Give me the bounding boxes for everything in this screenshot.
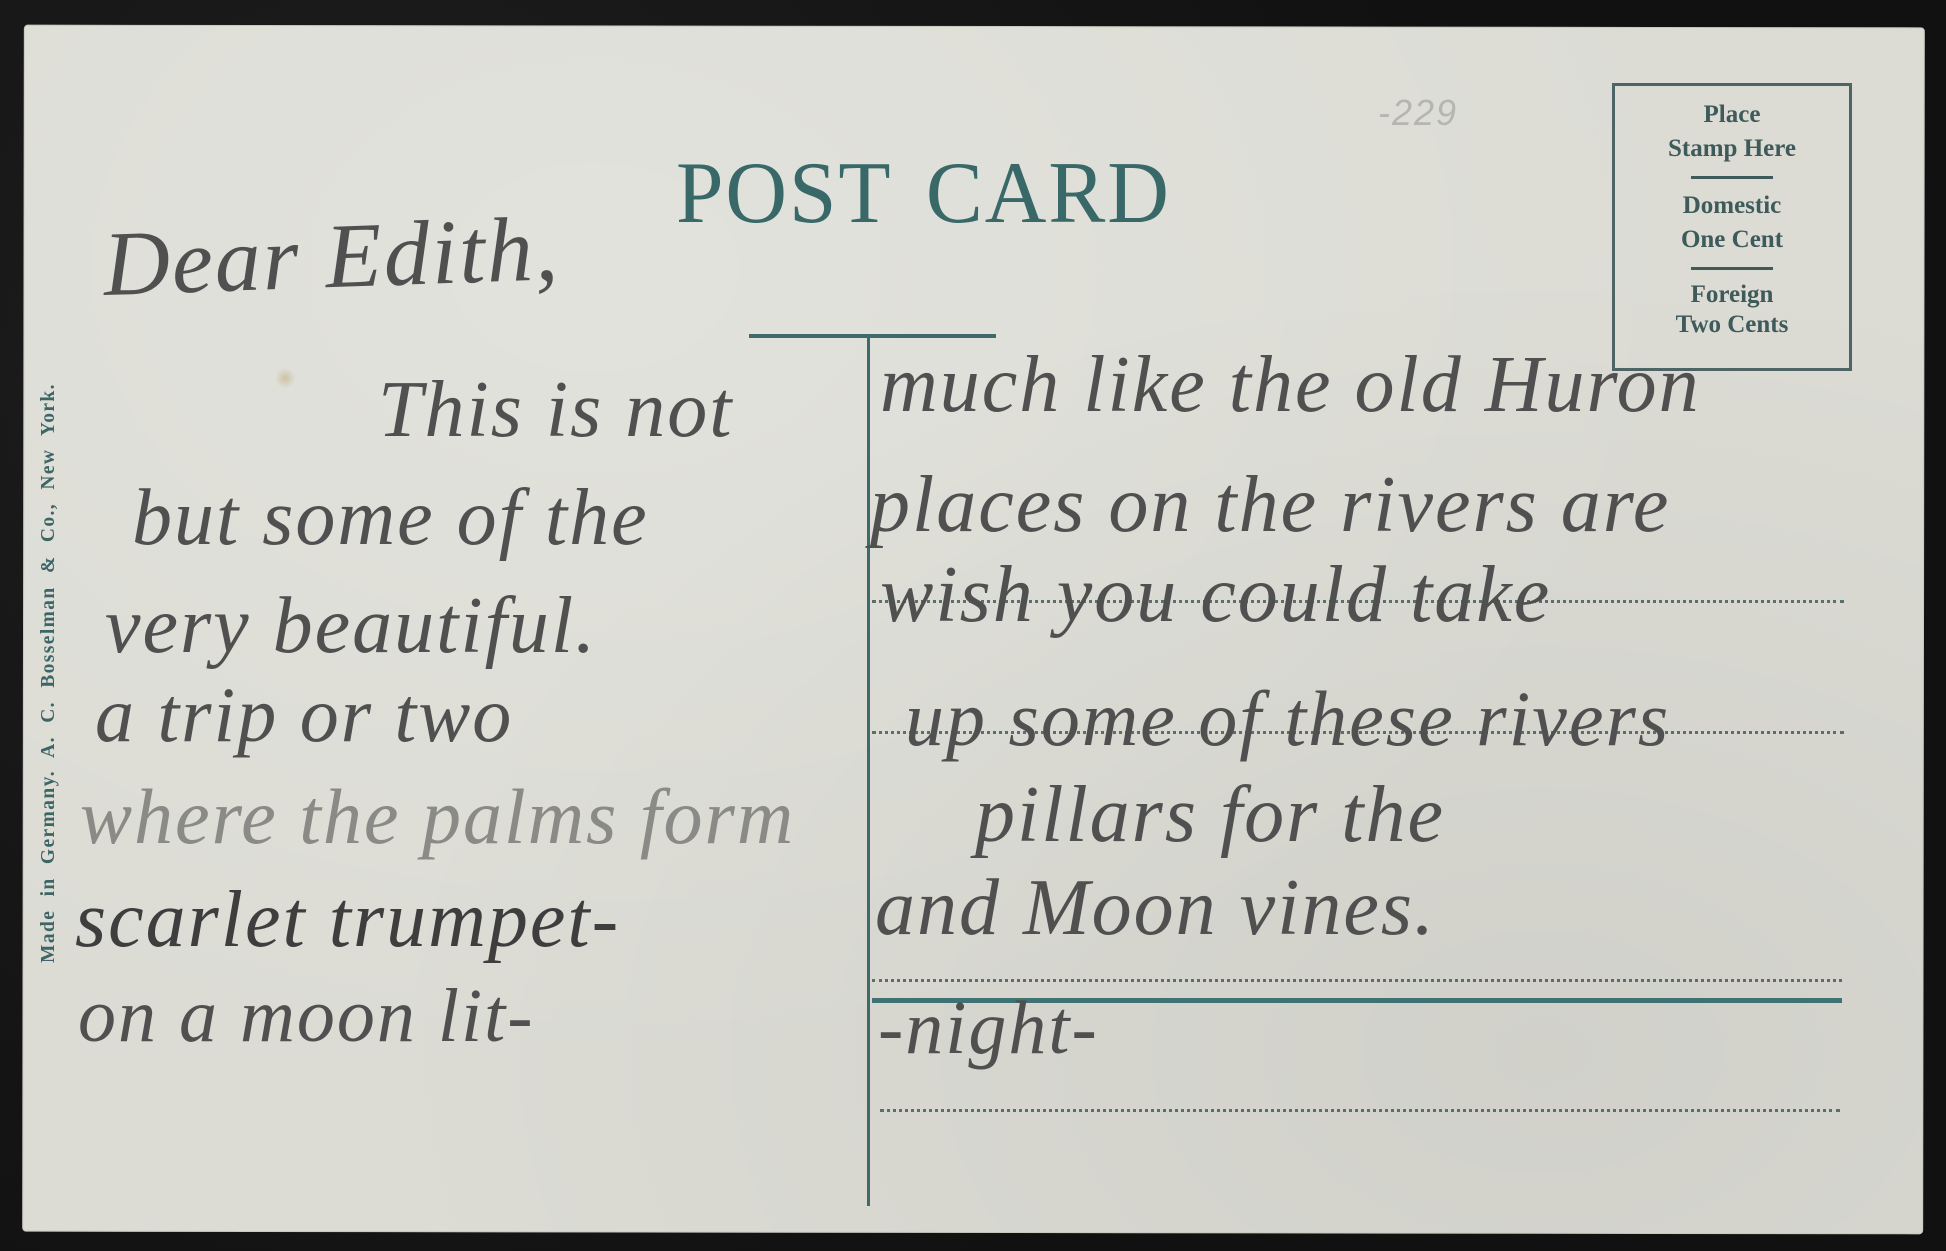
handwritten-line: up some of these rivers — [905, 680, 1670, 758]
handwritten-line: a trip or two — [95, 676, 513, 754]
address-line-4 — [880, 1109, 1840, 1112]
postcard-title: POST CARD — [676, 150, 1171, 238]
publisher-imprint: Made in Germany. A. C. Bosselman & Co., … — [38, 383, 60, 963]
handwritten-line: places on the rivers are — [870, 465, 1670, 545]
stamp-place-label: Place Stamp Here — [1615, 98, 1849, 166]
handwritten-line: wish you could take — [880, 555, 1551, 635]
stamp-box: Place Stamp Here Domestic One Cent Forei… — [1612, 83, 1852, 371]
stamp-line-two-cents: Two Cents — [1615, 310, 1849, 340]
divider-crossbar — [749, 334, 996, 338]
stamp-line-domestic: Domestic — [1615, 189, 1849, 223]
handwritten-line: much like the old Huron — [880, 345, 1701, 425]
stamp-foreign-rate: Foreign Two Cents — [1615, 280, 1849, 340]
handwritten-line: very beautiful. — [105, 586, 597, 666]
stamp-rule — [1691, 176, 1773, 179]
stamp-line-place: Place — [1615, 98, 1849, 132]
pencil-inventory-mark: -229 — [1378, 92, 1458, 134]
handwritten-line: pillars for the — [975, 775, 1445, 855]
handwritten-line: This is not — [378, 370, 733, 450]
handwritten-line: on a moon lit- — [78, 978, 535, 1054]
handwritten-line: -night- — [878, 990, 1099, 1066]
address-line-3 — [872, 979, 1842, 982]
handwritten-line: but some of the — [132, 478, 649, 558]
handwritten-line-faded: where the palms form — [80, 778, 795, 856]
foxing-stain — [274, 368, 296, 388]
handwritten-line: scarlet trumpet- — [75, 880, 620, 960]
handwritten-line: and Moon vines. — [875, 868, 1436, 948]
stamp-line-foreign: Foreign — [1615, 280, 1849, 310]
stamp-rule — [1691, 267, 1773, 270]
stamp-domestic-rate: Domestic One Cent — [1615, 189, 1849, 257]
stamp-line-one-cent: One Cent — [1615, 223, 1849, 257]
stamp-line-stamp-here: Stamp Here — [1615, 132, 1849, 166]
handwritten-greeting: Dear Edith, — [102, 202, 561, 310]
